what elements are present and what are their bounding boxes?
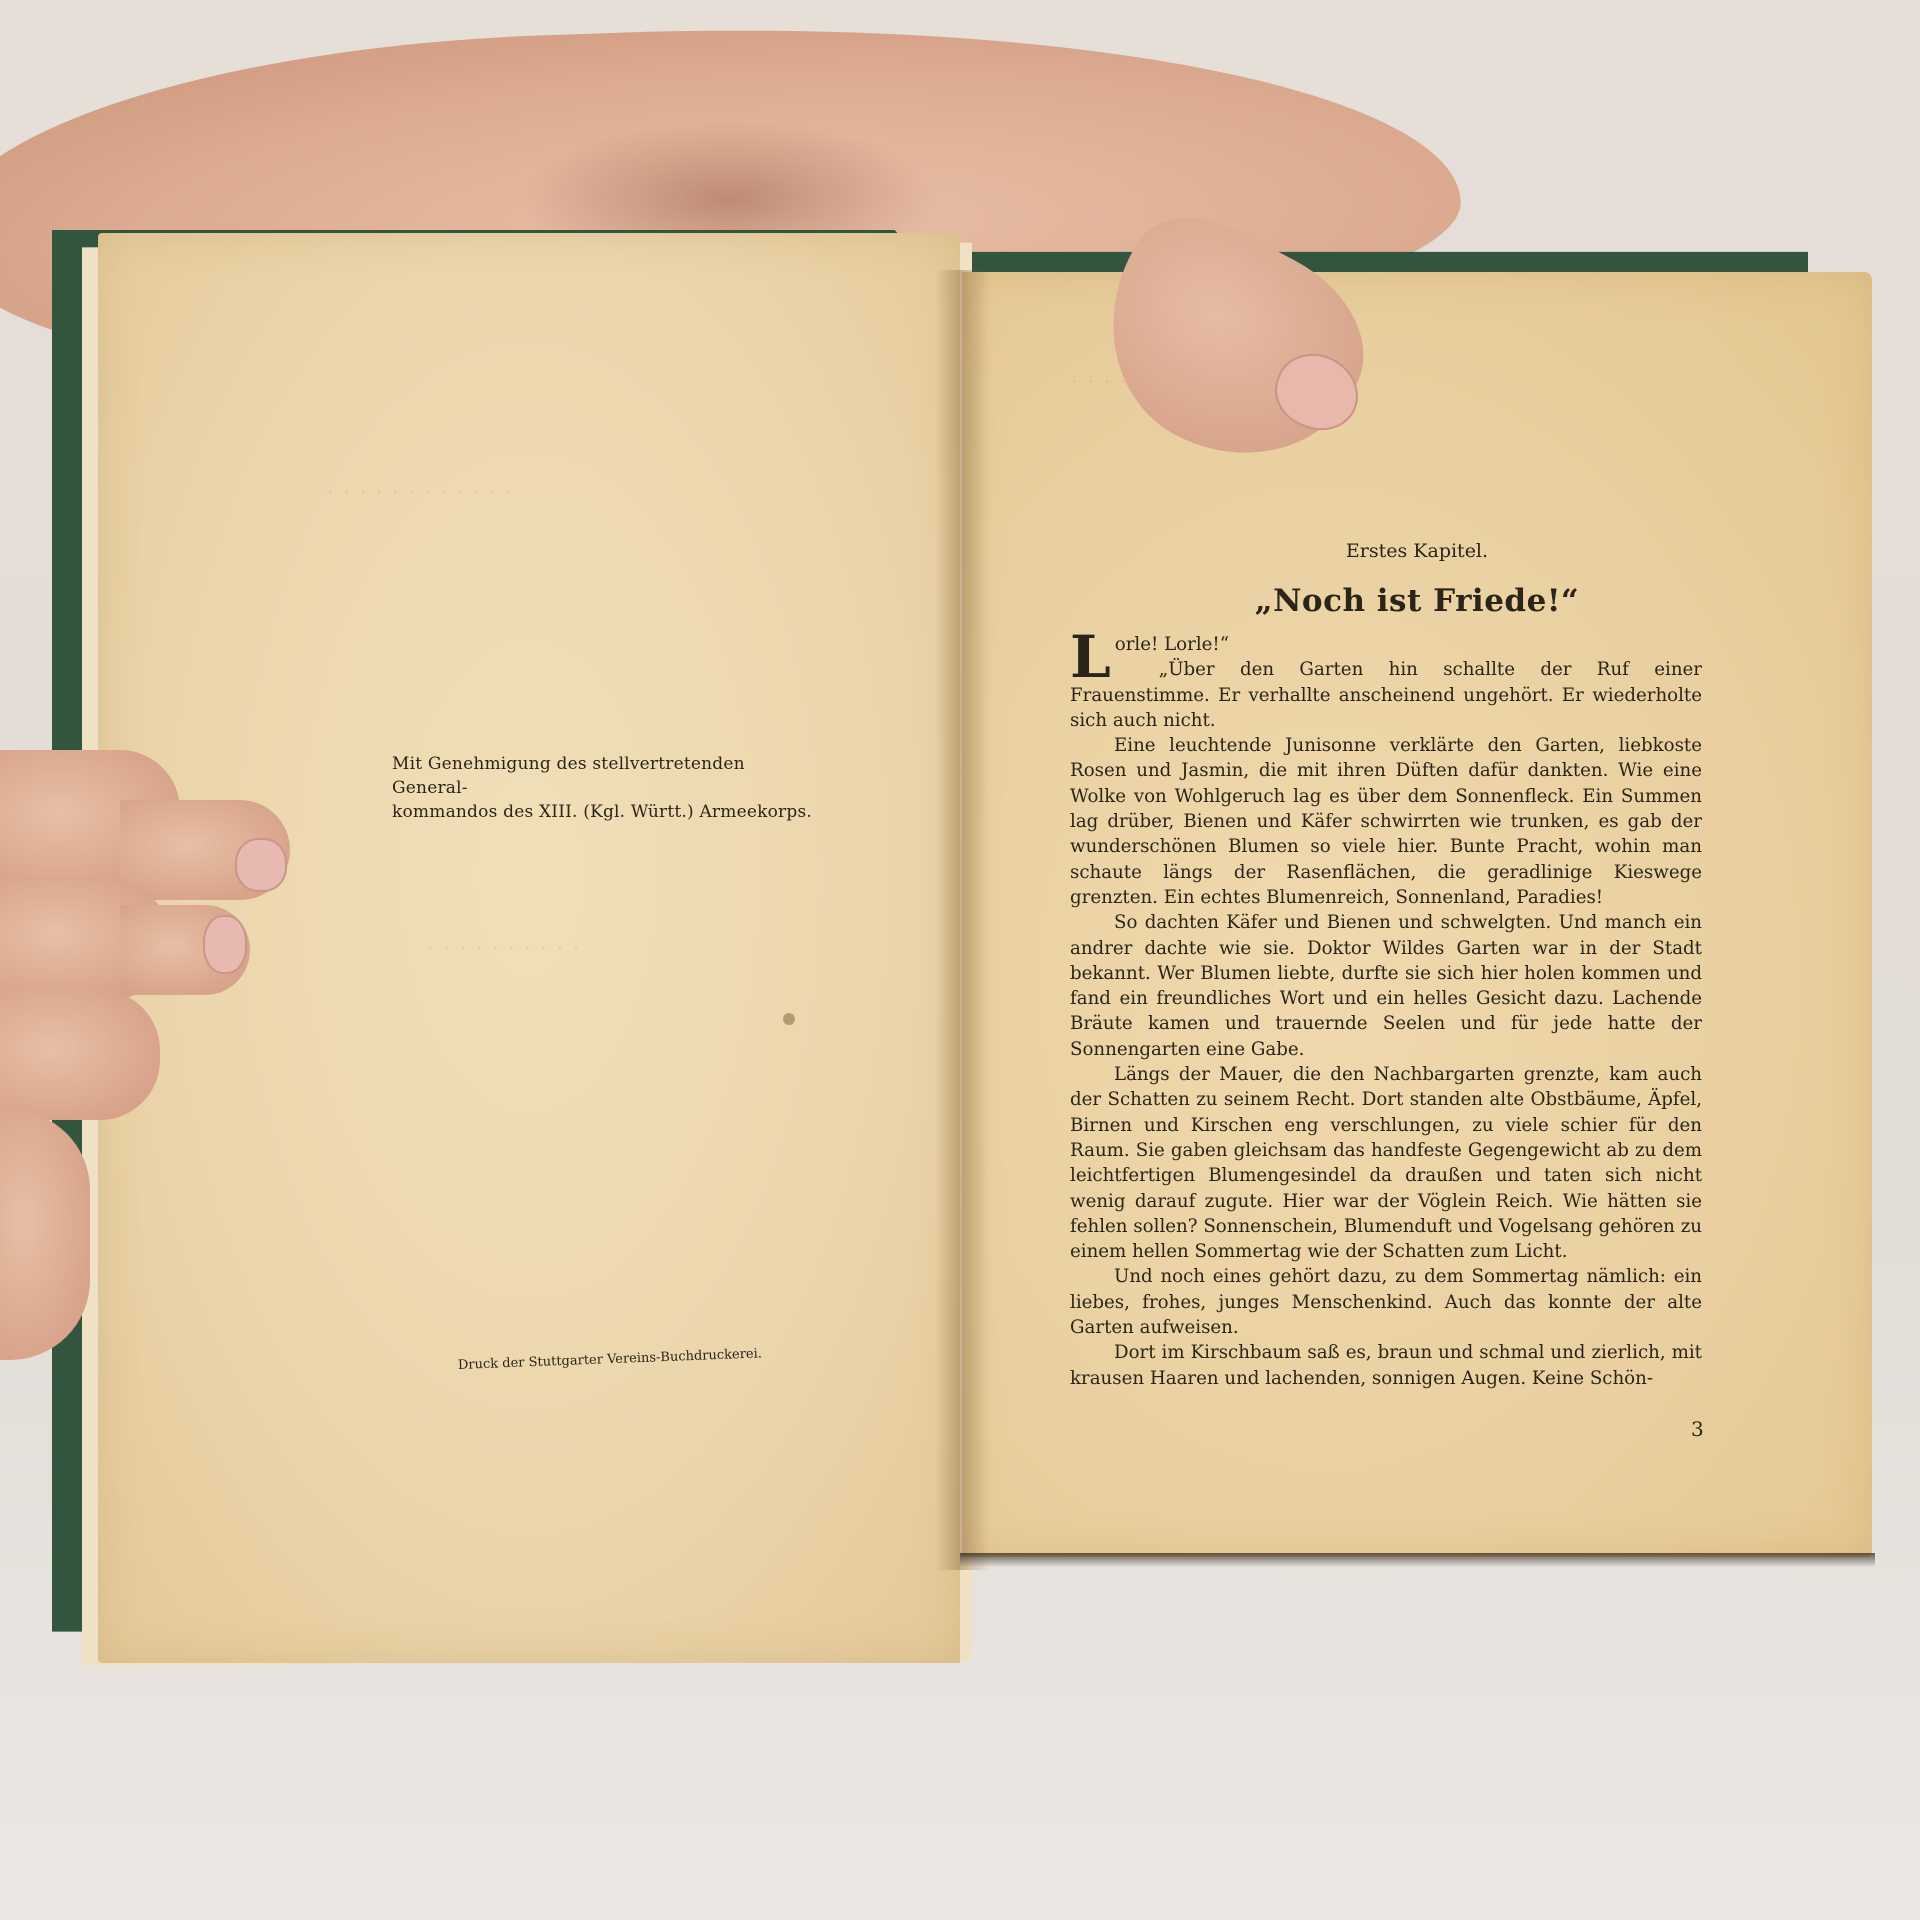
paragraph: orle! Lorle!“	[1115, 634, 1229, 655]
drop-cap: L	[1070, 632, 1111, 680]
book-gutter	[935, 270, 990, 1570]
permission-note: Mit Genehmigung des stellvertretenden Ge…	[392, 752, 812, 824]
paragraph: Eine leuchtende Junisonne verklärte den …	[1070, 733, 1702, 910]
left-palm	[0, 1110, 90, 1360]
paragraph: Längs der Mauer, die den Nachbargarten g…	[1070, 1062, 1702, 1264]
page-shadow	[960, 1553, 1875, 1567]
paragraph: „Über den Garten hin schallte der Ruf ei…	[1070, 657, 1702, 733]
opening-line: Lorle! Lorle!“	[1070, 632, 1702, 657]
permission-line-1: Mit Genehmigung des stellvertretenden Ge…	[392, 752, 812, 800]
chapter-label: Erstes Kapitel.	[962, 540, 1872, 562]
paper-spot	[783, 1013, 795, 1025]
finger-nail	[203, 915, 247, 974]
show-through-text: · · · · · · · · · ·	[428, 938, 582, 957]
paragraph: Dort im Kirschbaum saß es, braun und sch…	[1070, 1340, 1702, 1391]
photo-scene: · · · · · · · · · · · · · · · · · · · · …	[0, 0, 1920, 1920]
chapter-body: Lorle! Lorle!“ „Über den Garten hin scha…	[1070, 632, 1702, 1391]
permission-line-2: kommandos des XIII. (Kgl. Württ.) Armeek…	[392, 800, 812, 824]
chapter-title: „Noch ist Friede!“	[962, 583, 1872, 619]
finger-nail	[235, 838, 287, 892]
show-through-text: · · · · · · · · · · · ·	[328, 483, 514, 502]
left-finger	[0, 990, 160, 1120]
page-number: 3	[1691, 1417, 1704, 1441]
paragraph: So dachten Käfer und Bienen und schwelgt…	[1070, 910, 1702, 1062]
paragraph: Und noch eines gehört dazu, zu dem Somme…	[1070, 1264, 1702, 1340]
